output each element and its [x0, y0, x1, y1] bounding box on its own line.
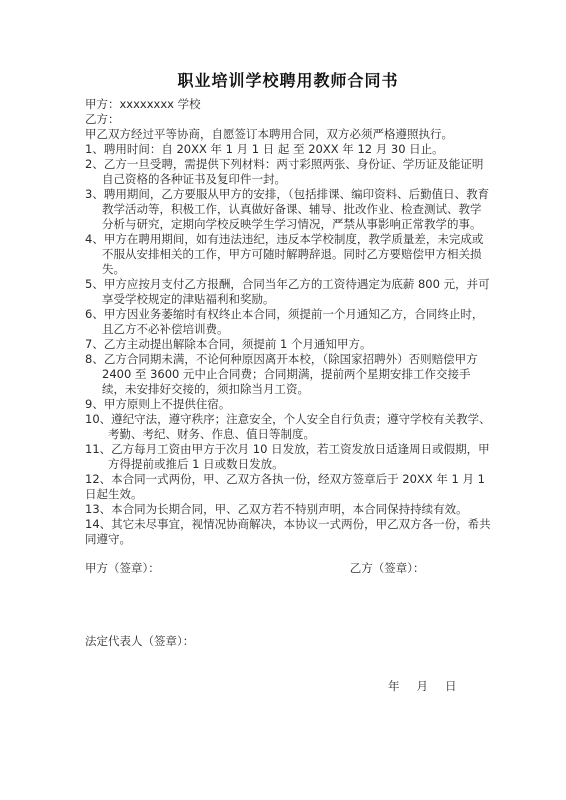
year-label: 年 — [388, 679, 400, 694]
party-a-signature-label: 甲方（签章）： — [85, 561, 160, 576]
clause-10: 10、遵纪守法，遵守秩序；注意安全，个人安全自行负责；遵守学校有关教学、考勤、考… — [85, 412, 491, 442]
clause-4: 4、甲方在聘用期间，如有违法违纪，违反本学校制度，教学质量差，未完成或不服从安排… — [85, 232, 491, 277]
party-b-line: 乙方： — [85, 112, 491, 127]
signature-row: 甲方（签章）： 乙方（签章）： — [85, 561, 491, 576]
clause-12: 12、本合同一式两份，甲、乙双方各执一份，经双方签章后于 20XX 年 1 月 … — [85, 472, 491, 502]
clause-13: 13、本合同为长期合同，甲、乙双方若不特别声明，本合同保持持续有效。 — [85, 502, 491, 517]
clause-6: 6、甲方因业务萎缩时有权终止本合同，须提前一个月通知乙方，合同终止时，且乙方不必… — [85, 307, 491, 337]
legal-rep-signature-label: 法定代表人（签章）： — [85, 634, 491, 649]
clause-3: 3、聘用期间，乙方要服从甲方的安排，（包括排课、编印资料、后勤值日、教育教学活动… — [85, 187, 491, 232]
document-content: 职业培训学校聘用教师合同书 甲方：xxxxxxxx 学校 乙方： 甲乙双方经过平… — [85, 71, 491, 694]
day-label: 日 — [445, 679, 457, 694]
preamble-line: 甲乙双方经过平等协商，自愿签订本聘用合同，双方必须严格遵照执行。 — [85, 127, 491, 142]
clause-9: 9、甲方原则上不提供住宿。 — [85, 397, 491, 412]
party-a-line: 甲方：xxxxxxxx 学校 — [85, 97, 491, 112]
clause-8: 8、乙方合同期未满，不论何种原因离开本校，（除国家招聘外）否则赔偿甲方 2400… — [85, 352, 491, 397]
document-title: 职业培训学校聘用教师合同书 — [85, 71, 491, 90]
clause-5: 5、甲方应按月支付乙方报酬，合同当年乙方的工资待遇定为底薪 800 元，并可享受… — [85, 277, 491, 307]
clause-11: 11、乙方每月工资由甲方于次月 10 日发放，若工资发放日适逢周日或假期，甲方得… — [85, 442, 491, 472]
clause-1: 1、聘用时间：自 20XX 年 1 月 1 日 起 至 20XX 年 12 月 … — [85, 142, 491, 157]
party-b-signature-label: 乙方（签章）： — [350, 561, 425, 576]
clause-2: 2、乙方一旦受聘，需提供下列材料：两寸彩照两张、身份证、学历证及能证明自己资格的… — [85, 157, 491, 187]
date-line: 年 月 日 — [85, 679, 491, 694]
clause-14: 14、其它未尽事宜，视情况协商解决，本协议一式两份，甲乙双方各一份，希共同遵守。 — [85, 517, 491, 547]
clause-7: 7、乙方主动提出解除本合同，须提前 1 个月通知甲方。 — [85, 337, 491, 352]
document-page: 职业培训学校聘用教师合同书 甲方：xxxxxxxx 学校 乙方： 甲乙双方经过平… — [0, 0, 566, 800]
month-label: 月 — [417, 679, 429, 694]
